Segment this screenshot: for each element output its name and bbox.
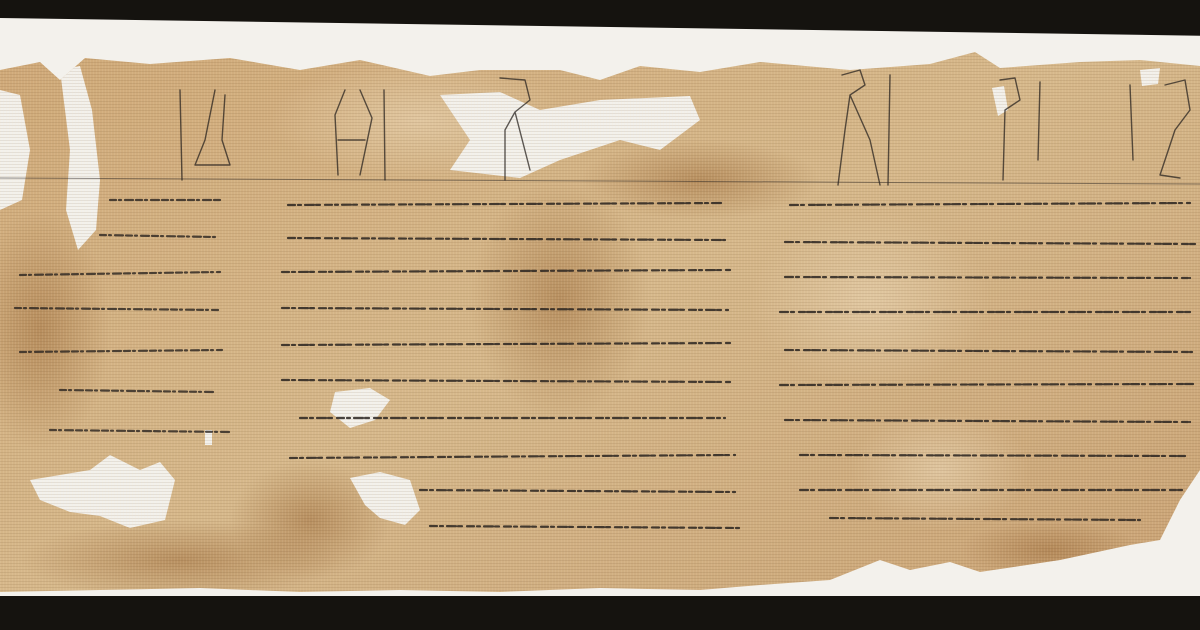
hieratic-ink <box>0 0 1200 630</box>
left-column-text <box>15 200 230 432</box>
right-column-text <box>780 203 1195 520</box>
middle-column-text <box>282 203 740 528</box>
figure-drawings <box>180 70 1190 185</box>
